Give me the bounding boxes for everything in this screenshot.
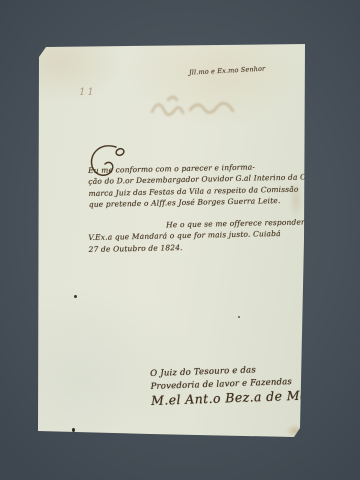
- ink-speck: [74, 295, 77, 298]
- photo-of-manuscript: Jll.mo e Ex.mo Senhor 11 Eu me conformo …: [0, 0, 360, 480]
- ink-bleedthrough-smudge: [138, 90, 248, 124]
- signature-block: O Juiz do Tesouro e das Provedoria de la…: [150, 362, 325, 408]
- folio-mark: 11: [79, 87, 96, 98]
- salutation: Jll.mo e Ex.mo Senhor: [189, 63, 289, 76]
- ink-speck: [238, 316, 240, 318]
- ink-speck: [72, 428, 75, 432]
- worn-corner: [286, 424, 304, 438]
- body-paragraph-1: Eu me conformo com o parecer e informa- …: [88, 160, 307, 210]
- paper-stain: [288, 180, 304, 220]
- body-paragraph-2: He o que se me offerece responder a V.Ex…: [88, 216, 307, 255]
- manuscript-page: Jll.mo e Ex.mo Senhor 11 Eu me conformo …: [0, 0, 360, 480]
